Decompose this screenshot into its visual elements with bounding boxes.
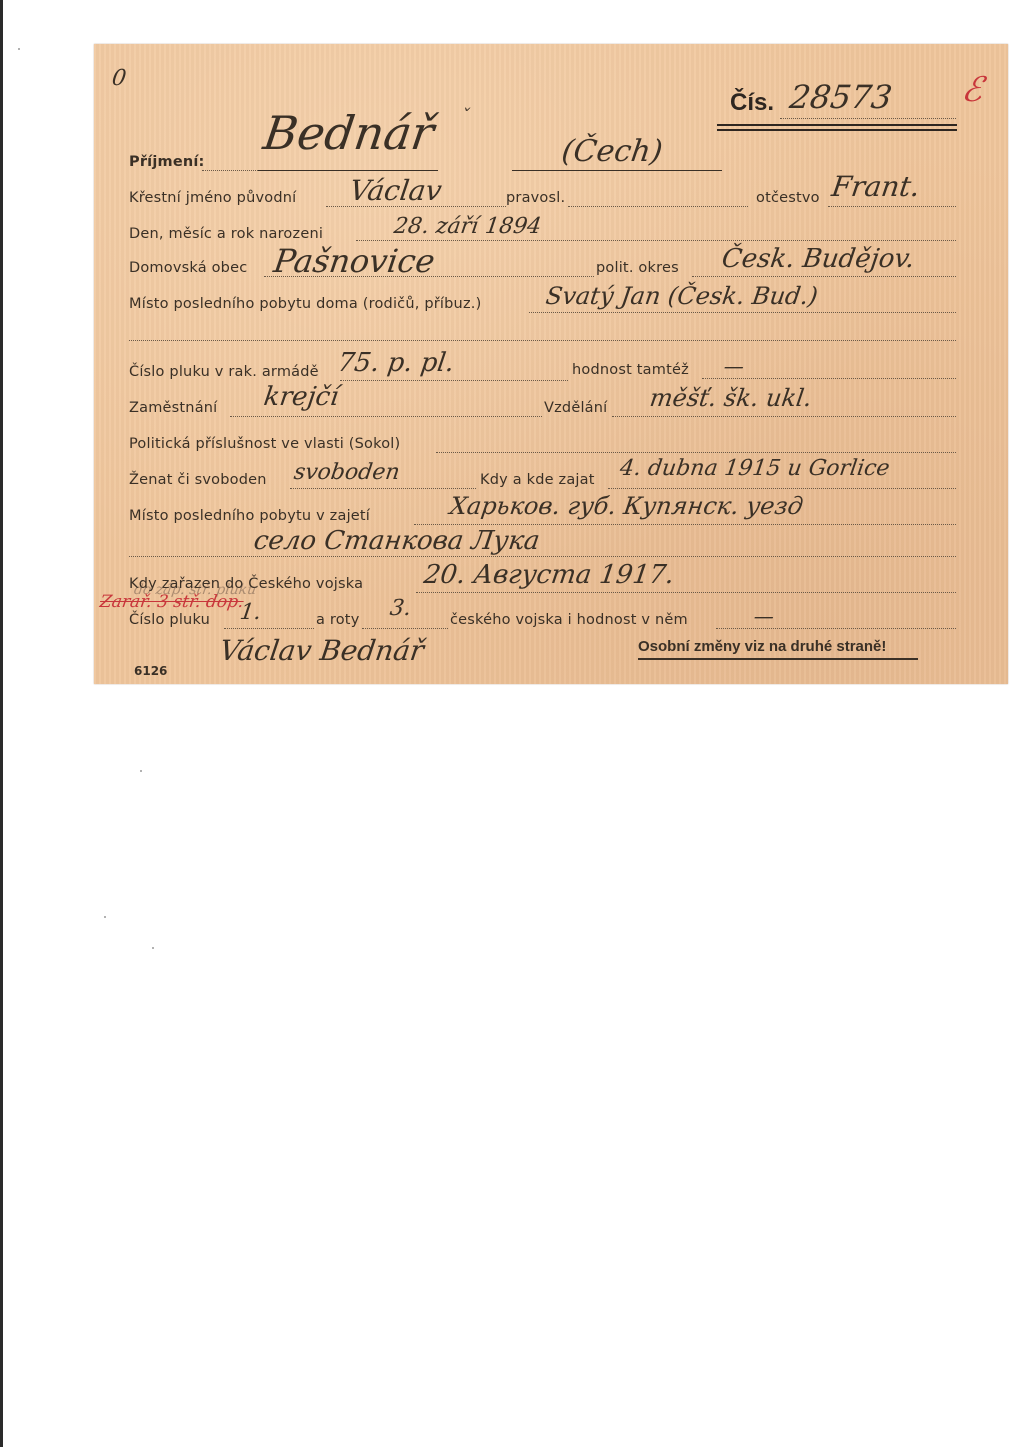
last-home-residence-value: Svatý Jan (Česk. Bud.) [544, 282, 820, 310]
form-number: 6126 [134, 664, 167, 678]
orthodox-name-label: pravosl. [506, 190, 565, 206]
dotted-line [290, 488, 476, 489]
scan-speck [18, 48, 20, 50]
political-affiliation-field [436, 452, 956, 453]
last-captivity-residence-value-1: Харьков. губ. Купянск. уезд [448, 492, 805, 520]
rank-there-label: hodnost tamtéž [572, 362, 689, 378]
red-annotation: Zarař. 3 stř. dop. [99, 592, 245, 612]
rank-there-value: — [722, 354, 745, 378]
dotted-line [612, 416, 956, 417]
dotted-line [414, 524, 956, 525]
birth-date-value: 28. září 1894 [392, 214, 543, 239]
dotted-line [129, 556, 956, 557]
signature: Václav Bednář [218, 634, 426, 667]
dotted-line [716, 628, 956, 629]
footer-underline [638, 658, 918, 660]
austrian-regiment-label: Číslo pluku v rak. armádě [129, 364, 319, 380]
scan-speck [140, 770, 142, 772]
czech-regiment-label: Číslo pluku [129, 612, 210, 628]
district-label: polit. okres [596, 260, 679, 276]
dotted-line [608, 488, 956, 489]
home-town-label: Domovská obec [129, 260, 247, 276]
nationality-line [512, 170, 722, 171]
company-label: a roty [316, 612, 359, 628]
surname-accent-mark: ˇ [459, 106, 471, 127]
education-label: Vzdělání [544, 400, 607, 416]
captured-value: 4. dubna 1915 u Gorlice [618, 456, 891, 481]
marital-status-label: Ženat či svoboden [129, 472, 267, 488]
czech-rank-value: — [752, 604, 775, 628]
last-captivity-residence-value-2: село Станкова Лука [252, 526, 542, 556]
occupation-value: krejčí [262, 382, 341, 412]
marital-status-value: svoboden [292, 460, 401, 485]
registration-card: 0 Čís. 28573 ℰ Příjmení: Bednář ˇ (Čech)… [94, 44, 1008, 684]
dotted-line [356, 240, 956, 241]
scan-speck [104, 916, 106, 918]
political-affiliation-label: Politická příslušnost ve vlasti (Sokol) [129, 436, 400, 452]
education-value: měšť. šk. ukl. [648, 384, 814, 412]
dotted-line [230, 416, 542, 417]
dotted-line [702, 378, 956, 379]
card-number-label: Čís. [730, 89, 774, 117]
austrian-regiment-value: 75. p. pl. [336, 348, 456, 378]
scan-speck [152, 947, 154, 949]
surname-label: Příjmení: [129, 154, 205, 170]
dotted-line [828, 206, 956, 207]
surname-line [258, 170, 438, 171]
dotted-line [692, 276, 956, 277]
czech-regiment-value: 1. [238, 600, 263, 625]
red-corner-mark: ℰ [959, 70, 985, 110]
dotted-line [362, 628, 448, 629]
blank-continuation-line [129, 340, 956, 341]
home-town-value: Pašnovice [271, 242, 437, 280]
footer-note: Osobní změny viz na druhé straně! [638, 638, 886, 655]
double-rule-bottom [717, 129, 957, 131]
patronymic-value: Frant. [830, 170, 922, 203]
dotted-line [780, 118, 956, 119]
card-number-value: 28573 [787, 78, 894, 116]
captured-label: Kdy a kde zajat [480, 472, 595, 488]
orthodox-name-field [568, 206, 748, 207]
dotted-line [529, 312, 956, 313]
czech-rank-label: českého vojska i hodnost v něm [450, 612, 688, 628]
dotted-line [340, 380, 568, 381]
double-rule-top [717, 124, 957, 126]
birth-date-label: Den, měsíc a rok narozeni [129, 226, 323, 242]
dotted-line [224, 628, 314, 629]
joined-czech-army-value: 20. Августа 1917. [422, 560, 676, 590]
nationality-note: (Čech) [560, 134, 665, 169]
first-name-value: Václav [348, 174, 444, 207]
last-captivity-residence-label: Místo posledního pobytu v zajetí [129, 508, 370, 524]
corner-mark: 0 [110, 66, 128, 91]
dotted-line [202, 170, 258, 171]
district-value: Česk. Budějov. [720, 244, 917, 274]
scan-left-edge [0, 0, 3, 1447]
dotted-line [416, 592, 956, 593]
occupation-label: Zaměstnání [129, 400, 217, 416]
first-name-label: Křestní jméno původní [129, 190, 296, 206]
company-value: 3. [388, 596, 413, 621]
last-home-residence-label: Místo posledního pobytu doma (rodičů, př… [129, 296, 481, 312]
patronymic-label: otčestvo [756, 190, 820, 206]
surname-value: Bednář [260, 106, 437, 160]
